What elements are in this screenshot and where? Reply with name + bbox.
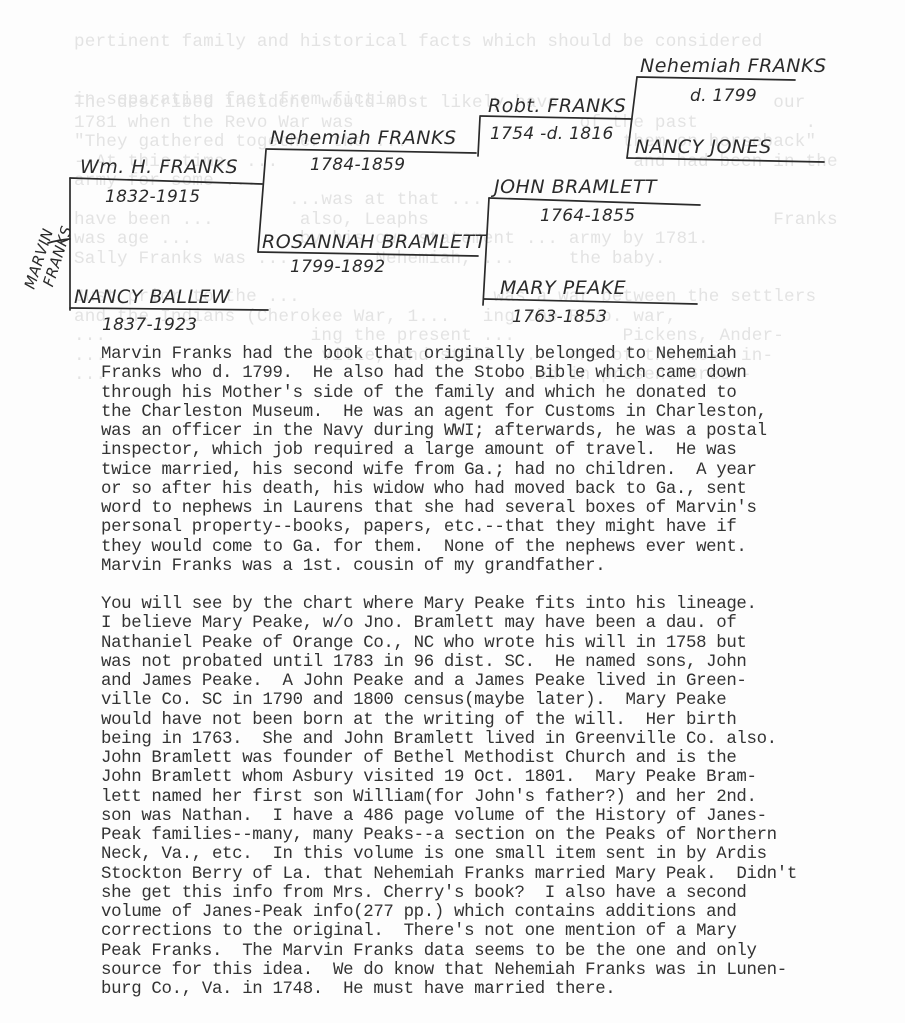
- text-line: volume of Janes-Peak info(277 pp.) which…: [101, 903, 901, 922]
- paternal-grandfather-dates: 1784-1859: [310, 155, 405, 175]
- text-line: Nathaniel Peake of Orange Co., NC who wr…: [101, 634, 901, 653]
- text-line: the Charleston Museum. He was an agent f…: [101, 403, 901, 422]
- text-line: and James Peake. A John Peake and a Jame…: [101, 672, 901, 691]
- father-line: [70, 178, 262, 184]
- text-line: being in 1763. She and John Bramlett liv…: [101, 730, 901, 749]
- text-line: through his Mother's side of the family …: [101, 384, 901, 403]
- text-line: she get this info from Mrs. Cherry's boo…: [101, 884, 901, 903]
- paternal-grandmother-name: ROSANNAH BRAMLETT: [262, 231, 488, 253]
- text-line: Peak families--many, many Peaks--a secti…: [101, 826, 901, 845]
- father-name: Wm. H. FRANKS: [80, 156, 238, 178]
- text-line: inspector, which job required a large am…: [101, 441, 901, 460]
- paragraph-mary-peake-lineage: You will see by the chart where Mary Pea…: [101, 595, 901, 999]
- text-line: was an officer in the Navy during WWI; a…: [101, 422, 901, 441]
- paragraph-marvin-franks: Marvin Franks had the book that original…: [101, 345, 901, 576]
- text-line: son was Nathan. I have a 486 page volume…: [101, 807, 901, 826]
- text-line: lett named her first son William(for Joh…: [101, 788, 901, 807]
- mother-line: [70, 308, 268, 310]
- father-dates: 1832-1915: [105, 187, 200, 207]
- text-line: Stockton Berry of La. that Nehemiah Fran…: [101, 865, 901, 884]
- gg-grandfather-name: Nehemiah FRANKS: [640, 55, 827, 77]
- letter-body: Marvin Franks had the book that original…: [101, 345, 901, 999]
- text-line: they would come to Ga. for them. None of…: [101, 538, 901, 557]
- john-bramlett-dates: 1764-1855: [540, 206, 635, 226]
- robt-franks-name: Robt. FRANKS: [488, 95, 626, 117]
- mother-name: NANCY BALLEW: [74, 286, 231, 308]
- mary-peake-line: [484, 299, 697, 304]
- franks-gen3-bracket: [478, 117, 480, 156]
- john-bramlett-name: JOHN BRAMLETT: [490, 176, 658, 198]
- gg-grandmother-line: [627, 158, 824, 162]
- subject-label: MARVIN FRANKS: [21, 218, 76, 296]
- pedigree-chart: MARVIN FRANKS Wm. H. FRANKS 1832-1915 NA…: [0, 0, 905, 345]
- text-line: corrections to the original. There's not…: [101, 922, 901, 941]
- text-line: personal property--books, papers, etc.--…: [101, 518, 901, 537]
- paternal-grandmother-dates: 1799-1892: [290, 257, 385, 277]
- text-line: ville Co. SC in 1790 and 1800 census(may…: [101, 691, 901, 710]
- gg-grandfather-dates: d. 1799: [690, 86, 757, 106]
- text-line: would have not been born at the writing …: [101, 711, 901, 730]
- document-page: pertinent family and historical facts wh…: [0, 0, 905, 1023]
- text-line: twice married, his second wife from Ga.;…: [101, 461, 901, 480]
- paternal-grandfather-name: Nehemiah FRANKS: [270, 127, 457, 149]
- mary-peake-name: MARY PEAKE: [500, 277, 626, 299]
- mary-peake-dates: 1763-1853: [512, 307, 607, 327]
- text-line: burg Co., Va. in 1748. He must have marr…: [101, 980, 901, 999]
- text-line: Franks who d. 1799. He also had the Stob…: [101, 364, 901, 383]
- paternal-grandfather-line: [266, 149, 476, 153]
- gg-grandmother-name: NANCY JONES: [635, 136, 772, 158]
- text-line: I believe Mary Peake, w/o Jno. Bramlett …: [101, 614, 901, 633]
- text-line: source for this idea. We do know that Ne…: [101, 961, 901, 980]
- text-line: John Bramlett was founder of Bethel Meth…: [101, 749, 901, 768]
- text-line: John Bramlett whom Asbury visited 19 Oct…: [101, 768, 901, 787]
- text-line: or so after his death, his widow who had…: [101, 480, 901, 499]
- robt-franks-dates: 1754 -d. 1816: [490, 124, 614, 144]
- text-line: Marvin Franks had the book that original…: [101, 345, 901, 364]
- text-line: Marvin Franks was a 1st. cousin of my gr…: [101, 557, 901, 576]
- mother-dates: 1837-1923: [102, 315, 197, 335]
- gg-grandfather-line: [637, 77, 795, 80]
- text-line: word to nephews in Laurens that she had …: [101, 499, 901, 518]
- john-bramlett-line: [489, 198, 700, 205]
- text-line: Peak Franks. The Marvin Franks data seem…: [101, 942, 901, 961]
- text-line: Neck, Va., etc. In this volume is one sm…: [101, 845, 901, 864]
- text-line: was not probated until 1783 in 96 dist. …: [101, 653, 901, 672]
- text-line: You will see by the chart where Mary Pea…: [101, 595, 901, 614]
